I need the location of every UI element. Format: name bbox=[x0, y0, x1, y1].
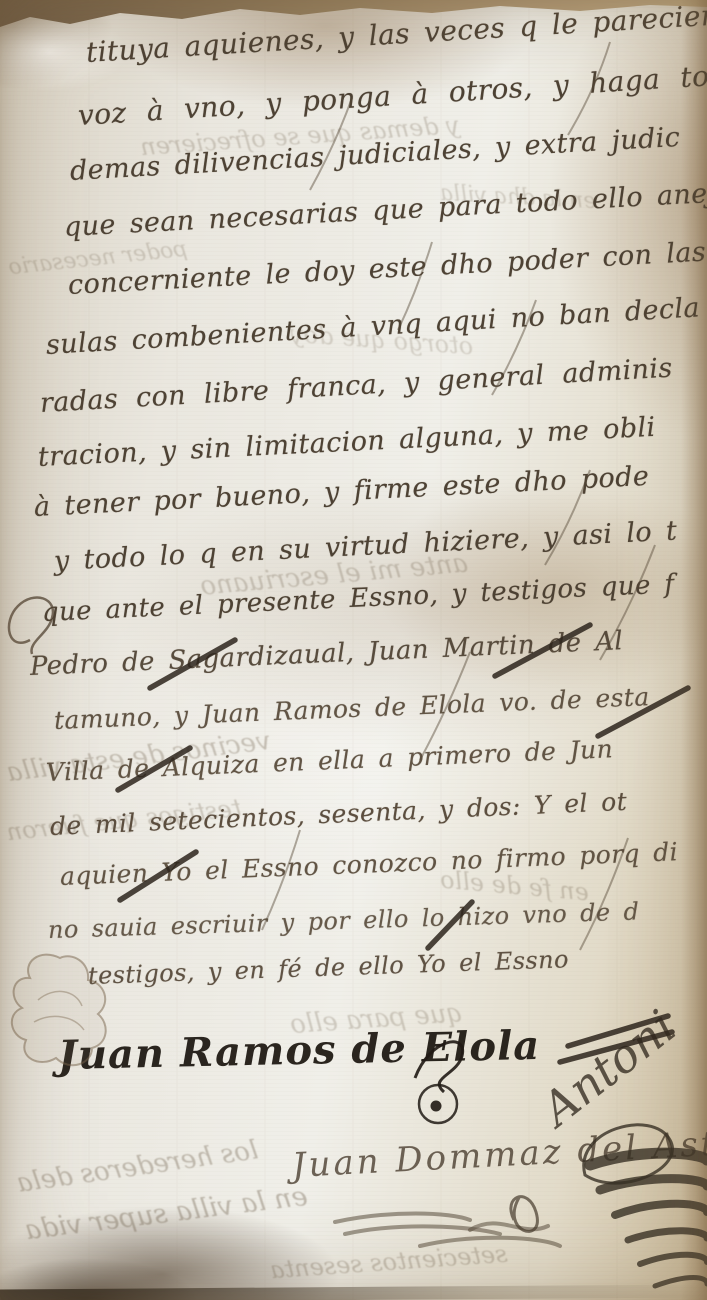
manuscript-page: y demas que se ofrecieren en la dha vill… bbox=[0, 0, 707, 1300]
